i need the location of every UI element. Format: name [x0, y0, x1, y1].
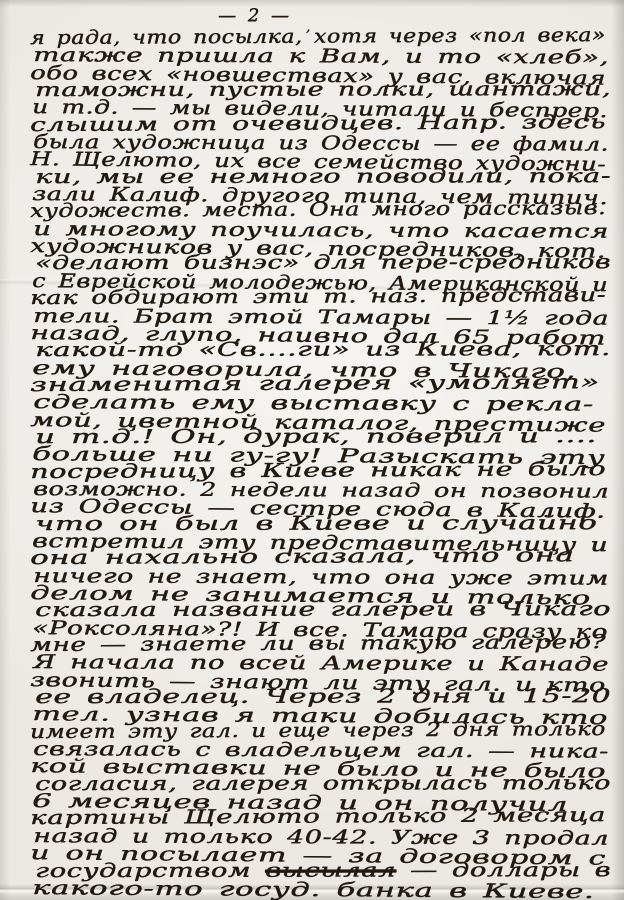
- struck-out-word: высылал: [265, 859, 396, 881]
- handwritten-text-block: я рада, что посылка, хотя через «пол век…: [30, 30, 610, 897]
- handwritten-line: какого-то госуд. банка в Киеве.: [32, 880, 610, 900]
- letter-scan-page: — 2 — , я рада, что посылка, хотя через …: [0, 0, 624, 900]
- page-number: — 2 —: [218, 5, 292, 26]
